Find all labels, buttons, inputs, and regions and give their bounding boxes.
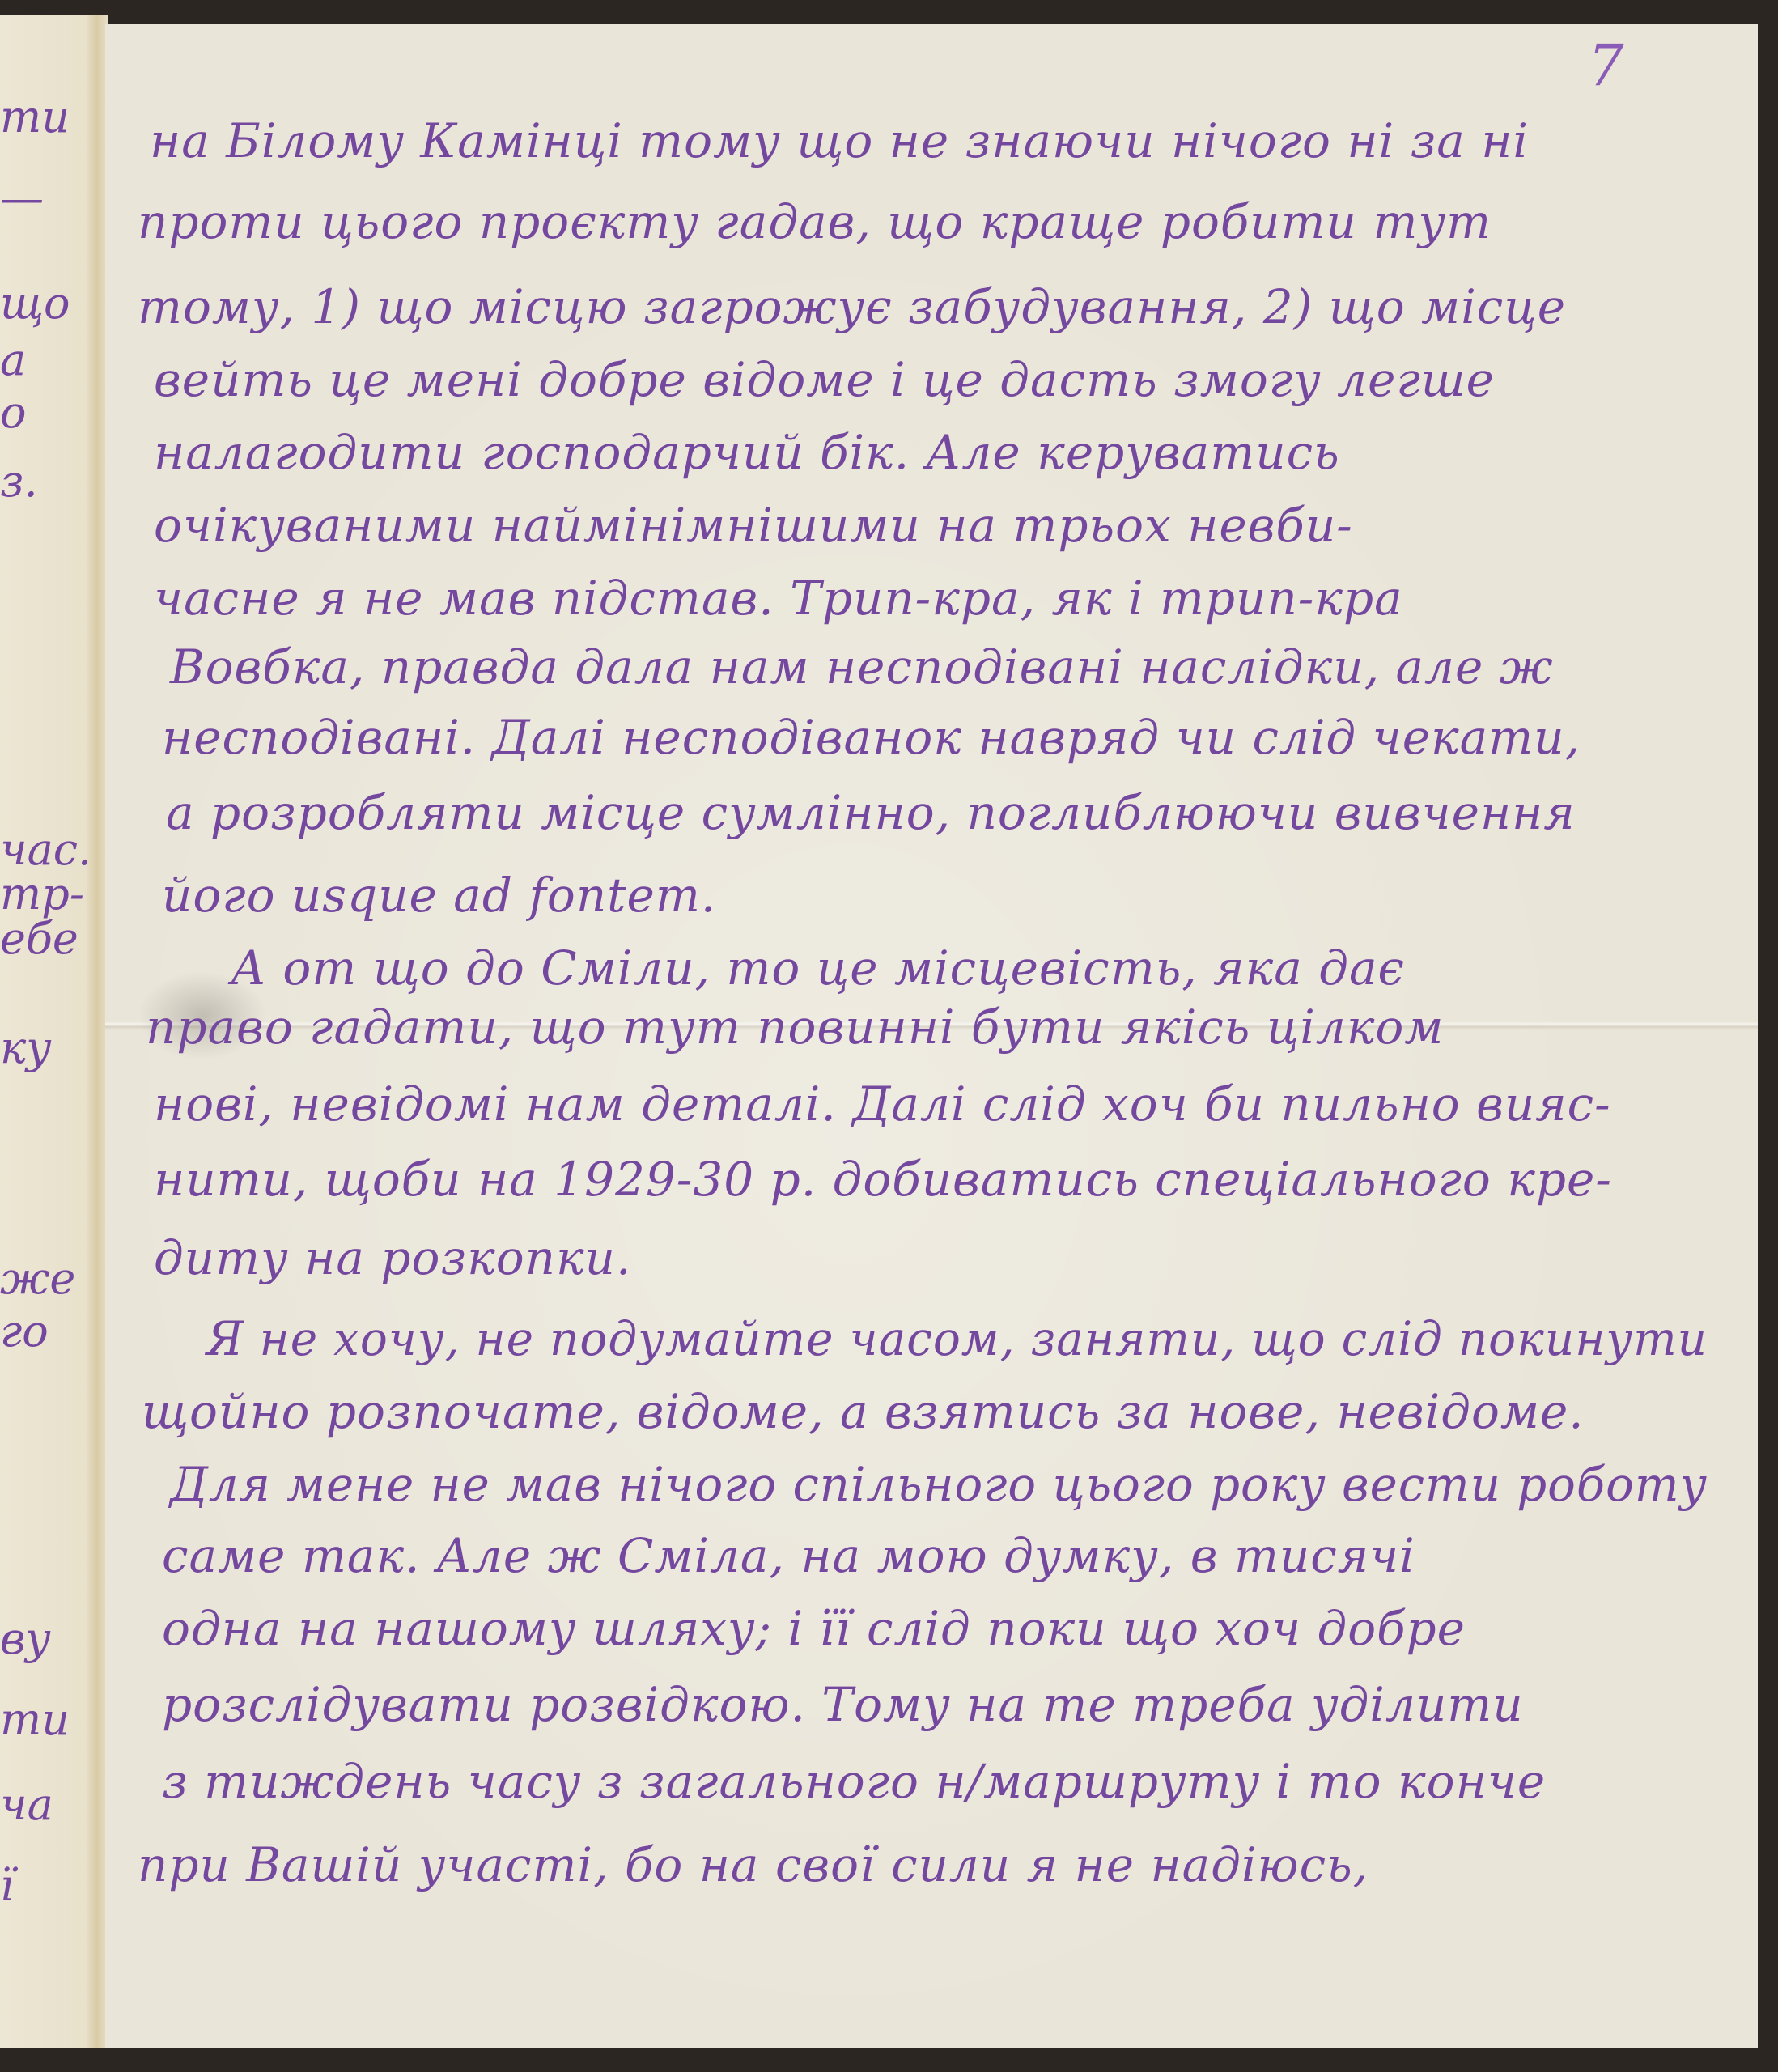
fragment-line: час. (0, 824, 91, 875)
text-line: при Вашій участі, бо на свої сили я не н… (138, 1837, 1369, 1892)
text-line: тому, 1) що місцю загрожує забудування, … (138, 279, 1566, 334)
fragment-line: а (0, 334, 26, 385)
fragment-line: же (0, 1253, 75, 1304)
text-line: його usque ad fontem. (162, 868, 716, 923)
text-line: Я не хочу, не подумайте часом, заняти, щ… (206, 1311, 1708, 1366)
text-line: нити, щоби на 1929-30 р. добиватись спец… (154, 1152, 1612, 1207)
text-line: диту на розкопки. (154, 1230, 631, 1285)
fragment-line: ву (0, 1613, 51, 1664)
fragment-line: тр- (0, 868, 84, 919)
fragment-line: ти (0, 1694, 70, 1745)
text-line: на Білому Камінці тому що не знаючи нічо… (150, 113, 1529, 168)
text-line: несподівані. Далі несподіванок навряд чи… (162, 710, 1581, 765)
text-line: з тиждень часу з загального н/маршруту і… (162, 1754, 1546, 1809)
text-line: щойно розпочате, відоме, а взятись за но… (142, 1384, 1585, 1439)
fragment-line: що (0, 278, 70, 329)
text-line: А от що до Сміли, то це місцевість, яка … (231, 940, 1405, 996)
text-line: Для мене не мав нічого спільного цього р… (170, 1457, 1708, 1512)
text-line: очікуваними наймінімнішими на трьох невб… (154, 498, 1353, 553)
fragment-line: ти (0, 91, 70, 142)
fragment-line: о (0, 387, 27, 438)
text-line: нові, невідомі нам деталі. Далі слід хоч… (154, 1076, 1611, 1132)
text-line: часне я не мав підстав. Трип-кра, як і т… (154, 571, 1403, 626)
fragment-line: ку (0, 1022, 52, 1073)
fragment-line: ча (0, 1779, 53, 1830)
fragment-line: з. (0, 456, 38, 507)
text-line: Вовбка, правда дала нам несподівані насл… (170, 639, 1554, 694)
text-line: саме так. Але ж Сміла, на мою думку, в т… (162, 1528, 1415, 1583)
fragment-line: — (0, 172, 44, 223)
fragment-line: го (0, 1306, 49, 1357)
text-line: вейть це мені добре відоме і це дасть зм… (154, 352, 1495, 407)
fragment-line: ї (0, 1860, 14, 1911)
text-line: налагодити господарчий бік. Але керувати… (154, 425, 1340, 480)
text-line: одна на нашому шляху; і її слід поки що … (162, 1601, 1466, 1656)
fragment-line: ебе (0, 913, 79, 964)
text-line: а розробляти місце сумлінно, поглиблюючи… (166, 785, 1576, 840)
text-line: проти цього проєкту гадав, що краще роби… (138, 194, 1492, 249)
text-line: право гадати, що тут повинні бути якісь … (146, 1000, 1444, 1055)
page-number: 7 (1588, 32, 1624, 99)
text-line: розслідувати розвідкою. Тому на те треба… (162, 1677, 1524, 1732)
